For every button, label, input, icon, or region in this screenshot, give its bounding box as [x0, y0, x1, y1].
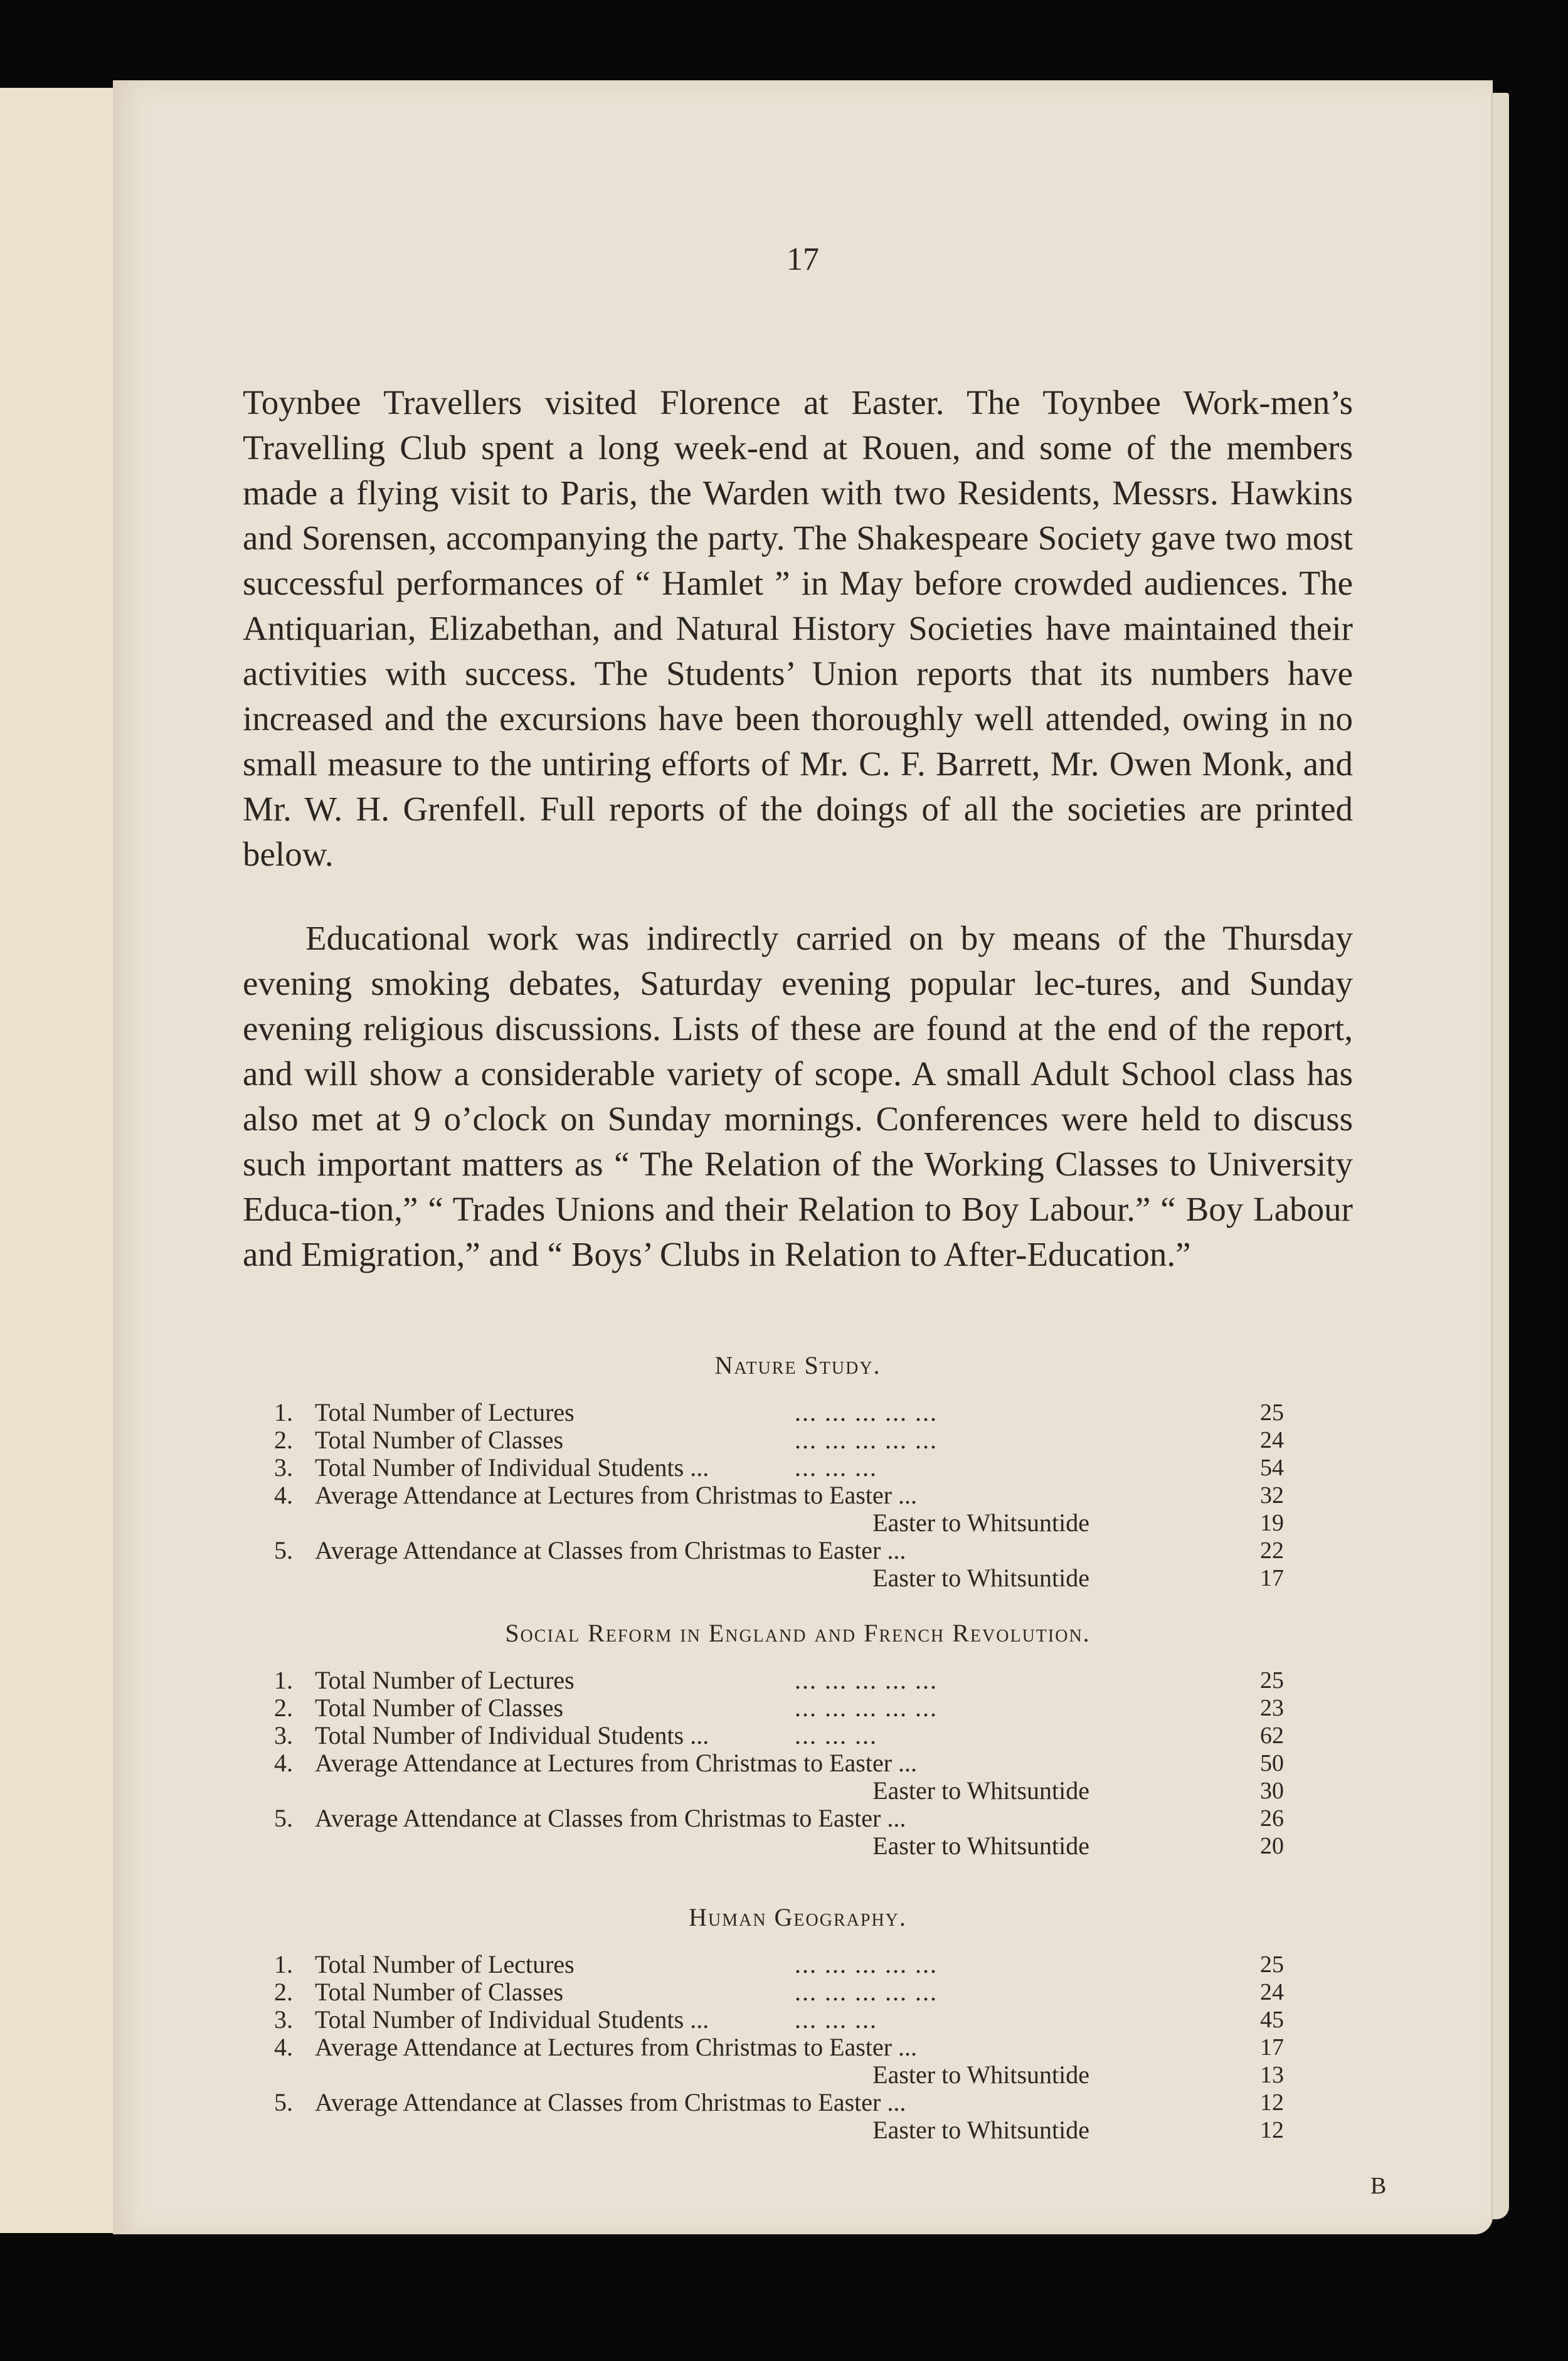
stat-row: Easter to Whitsuntide12	[243, 2116, 1353, 2144]
book-page: 17 Toynbee Travellers visited Florence a…	[113, 80, 1493, 2234]
row-value: 25	[1246, 1667, 1284, 1694]
stat-row: Easter to Whitsuntide13	[243, 2061, 1353, 2089]
paragraph-educational-work: Educational work was indirectly carried …	[243, 916, 1353, 1277]
row-value: 50	[1246, 1749, 1284, 1777]
stat-row: 5.Average Attendance at Classes from Chr…	[243, 1537, 1353, 1564]
row-label: Average Attendance at Classes from Chris…	[315, 2089, 906, 2116]
row-number: 5.	[274, 1537, 293, 1564]
row-label: Average Attendance at Classes from Chris…	[315, 1537, 906, 1564]
stat-row: Easter to Whitsuntide30	[243, 1777, 1353, 1805]
row-label: Average Attendance at Classes from Chris…	[315, 1805, 906, 1832]
row-label: Total Number of Classes	[315, 1426, 563, 1454]
row-sublabel: Easter to Whitsuntide	[872, 1509, 1089, 1537]
stat-row: 4.Average Attendance at Lectures from Ch…	[243, 1749, 1353, 1777]
row-sublabel: Easter to Whitsuntide	[872, 1777, 1089, 1805]
row-value: 45	[1246, 2006, 1284, 2034]
row-label: Total Number of Classes	[315, 1978, 563, 2006]
row-number: 3.	[274, 2006, 293, 2034]
row-number: 4.	[274, 1749, 293, 1777]
row-value: 25	[1246, 1951, 1284, 1978]
row-number: 1.	[274, 1399, 293, 1426]
row-sublabel: Easter to Whitsuntide	[872, 2116, 1089, 2144]
page-number: 17	[740, 241, 866, 278]
stat-row: 1.Total Number of Lectures... ... ... ..…	[243, 1667, 1353, 1694]
row-value: 12	[1246, 2116, 1284, 2144]
row-number: 2.	[274, 1978, 293, 2006]
row-value: 20	[1246, 1832, 1284, 1860]
page-fore-edge	[1491, 93, 1509, 2219]
section-heading: Human Geography.	[243, 1902, 1353, 1932]
row-number: 3.	[274, 1722, 293, 1749]
row-value: 32	[1246, 1482, 1284, 1509]
row-label: Average Attendance at Lectures from Chri…	[315, 2034, 917, 2061]
row-value: 24	[1246, 1978, 1284, 2006]
row-label: Average Attendance at Lectures from Chri…	[315, 1749, 917, 1777]
row-number: 1.	[274, 1667, 293, 1694]
row-label: Total Number of Lectures	[315, 1667, 575, 1694]
row-sublabel: Easter to Whitsuntide	[872, 1564, 1089, 1592]
stat-row: 5.Average Attendance at Classes from Chr…	[243, 2089, 1353, 2116]
stat-row: Easter to Whitsuntide17	[243, 1564, 1353, 1592]
stat-row: 5.Average Attendance at Classes from Chr…	[243, 1805, 1353, 1832]
stat-row: 2.Total Number of Classes... ... ... ...…	[243, 1978, 1353, 2006]
stat-row: Easter to Whitsuntide20	[243, 1832, 1353, 1860]
row-value: 12	[1246, 2089, 1284, 2116]
row-value: 30	[1246, 1777, 1284, 1805]
stat-row: 1.Total Number of Lectures... ... ... ..…	[243, 1399, 1353, 1426]
leader-dots: ... ... ... ... ...	[795, 1978, 1158, 2006]
stat-row: 3.Total Number of Individual Students ..…	[243, 2006, 1353, 2034]
stat-row: 3.Total Number of Individual Students ..…	[243, 1722, 1353, 1749]
row-value: 19	[1246, 1509, 1284, 1537]
leader-dots: ... ... ... ... ...	[795, 1399, 1158, 1426]
stat-row: 2.Total Number of Classes... ... ... ...…	[243, 1694, 1353, 1722]
row-number: 4.	[274, 1482, 293, 1509]
row-label: Total Number of Individual Students ...	[315, 1722, 709, 1749]
row-value: 54	[1246, 1454, 1284, 1482]
row-value: 13	[1246, 2061, 1284, 2089]
row-label: Total Number of Classes	[315, 1694, 563, 1722]
row-value: 25	[1246, 1399, 1284, 1426]
stat-row: 4.Average Attendance at Lectures from Ch…	[243, 2034, 1353, 2061]
section-heading: Social Reform in England and French Revo…	[243, 1618, 1353, 1648]
section-heading: Nature Study.	[243, 1350, 1353, 1380]
row-value: 22	[1246, 1537, 1284, 1564]
stat-row: 4.Average Attendance at Lectures from Ch…	[243, 1482, 1353, 1509]
leader-dots: ... ... ...	[795, 1454, 1158, 1482]
row-number: 1.	[274, 1951, 293, 1978]
leader-dots: ... ... ... ... ...	[795, 1951, 1158, 1978]
paragraph-societies: Toynbee Travellers visited Florence at E…	[243, 380, 1353, 877]
section-nature-study: Nature Study. 1.Total Number of Lectures…	[243, 1350, 1353, 1592]
leader-dots: ... ... ... ... ...	[795, 1694, 1158, 1722]
row-number: 2.	[274, 1694, 293, 1722]
section-human-geography: Human Geography. 1.Total Number of Lectu…	[243, 1902, 1353, 2144]
row-sublabel: Easter to Whitsuntide	[872, 2061, 1089, 2089]
stat-row: Easter to Whitsuntide19	[243, 1509, 1353, 1537]
section-social-reform: Social Reform in England and French Revo…	[243, 1618, 1353, 1860]
row-number: 2.	[274, 1426, 293, 1454]
row-value: 24	[1246, 1426, 1284, 1454]
leader-dots: ... ... ... ... ...	[795, 1667, 1158, 1694]
row-value: 17	[1246, 1564, 1284, 1592]
leader-dots: ... ... ... ... ...	[795, 1426, 1158, 1454]
facing-page-edge	[0, 88, 114, 2233]
stat-row: 2.Total Number of Classes... ... ... ...…	[243, 1426, 1353, 1454]
row-value: 23	[1246, 1694, 1284, 1722]
row-value: 17	[1246, 2034, 1284, 2061]
row-number: 5.	[274, 2089, 293, 2116]
row-value: 62	[1246, 1722, 1284, 1749]
row-number: 5.	[274, 1805, 293, 1832]
row-label: Total Number of Lectures	[315, 1399, 575, 1426]
row-label: Total Number of Individual Students ...	[315, 2006, 709, 2034]
stat-row: 3.Total Number of Individual Students ..…	[243, 1454, 1353, 1482]
leader-dots: ... ... ...	[795, 2006, 1158, 2034]
signature-mark: B	[1370, 2172, 1386, 2200]
leader-dots: ... ... ...	[795, 1722, 1158, 1749]
row-number: 3.	[274, 1454, 293, 1482]
row-value: 26	[1246, 1805, 1284, 1832]
stat-row: 1.Total Number of Lectures... ... ... ..…	[243, 1951, 1353, 1978]
row-label: Total Number of Individual Students ...	[315, 1454, 709, 1482]
row-label: Total Number of Lectures	[315, 1951, 575, 1978]
row-sublabel: Easter to Whitsuntide	[872, 1832, 1089, 1860]
row-number: 4.	[274, 2034, 293, 2061]
row-label: Average Attendance at Lectures from Chri…	[315, 1482, 917, 1509]
